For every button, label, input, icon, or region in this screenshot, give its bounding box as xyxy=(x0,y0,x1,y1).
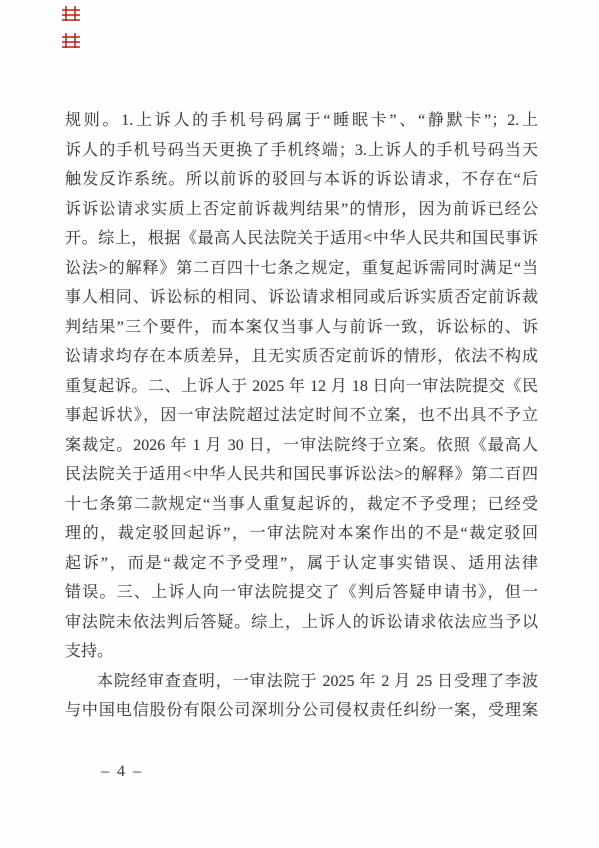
text-line: 本院经审查查明，一审法院于 2025 年 2 月 25 日受理了李波 xyxy=(65,667,538,697)
red-stamp-artifact-top xyxy=(62,6,80,21)
text-line: 与中国电信股份有限公司深圳分公司侵权责任纠纷一案，受理案 xyxy=(65,696,538,726)
text-line: 讼法>的解释》第二百四十七条之规定，重复起诉需同时满足“当 xyxy=(65,254,538,284)
text-line: 民法院关于适用<中华人民共和国民事诉讼法>的解释》第二百四 xyxy=(65,460,538,490)
text-line: 支持。 xyxy=(65,637,538,667)
document-page: 规则。1.上诉人的手机号码属于“睡眠卡”、“静默卡”；2.上诉人的手机号码当天更… xyxy=(0,0,599,848)
red-stamp-strokes xyxy=(62,33,80,48)
red-stamp-artifact-bottom xyxy=(62,33,80,48)
text-line: 诉人的手机号码当天更换了手机终端；3.上诉人的手机号码当天 xyxy=(65,136,538,166)
red-stamp-strokes xyxy=(62,6,80,21)
text-line: 理的，裁定驳回起诉”，一审法院对本案作出的不是“裁定驳回 xyxy=(65,519,538,549)
page-number: – 4 – xyxy=(101,763,143,781)
text-line: 案裁定。2026 年 1 月 30 日，一审法院终于立案。依照《最高人 xyxy=(65,431,538,461)
text-line: 事人相同、诉讼标的相同、诉讼请求相同或后诉实质否定前诉裁 xyxy=(65,283,538,313)
text-line: 起诉”，而是“裁定不予受理”，属于认定事实错误、适用法律 xyxy=(65,549,538,579)
text-line: 诉诉讼请求实质上否定前诉裁判结果”的情形，因为前诉已经公 xyxy=(65,195,538,225)
text-line: 错误。三、上诉人向一审法院提交了《判后答疑申请书》，但一 xyxy=(65,578,538,608)
text-line: 事起诉状》，因一审法院超过法定时间不立案，也不出具不予立 xyxy=(65,401,538,431)
text-line: 十七条第二款规定“当事人重复起诉的，裁定不予受理；已经受 xyxy=(65,490,538,520)
text-line: 讼请求均存在本质差异，且无实质否定前诉的情形，依法不构成 xyxy=(65,342,538,372)
text-line: 开。综上，根据《最高人民法院关于适用<中华人民共和国民事诉 xyxy=(65,224,538,254)
text-line: 判结果”三个要件，而本案仅当事人与前诉一致，诉讼标的、诉 xyxy=(65,313,538,343)
text-line: 触发反诈系统。所以前诉的驳回与本诉的诉讼请求，不存在“后 xyxy=(65,165,538,195)
text-line: 规则。1.上诉人的手机号码属于“睡眠卡”、“静默卡”；2.上 xyxy=(65,106,538,136)
body-text: 规则。1.上诉人的手机号码属于“睡眠卡”、“静默卡”；2.上诉人的手机号码当天更… xyxy=(65,106,538,726)
text-line: 重复起诉。二、上诉人于 2025 年 12 月 18 日向一审法院提交《民 xyxy=(65,372,538,402)
text-line: 审法院未依法判后答疑。综上，上诉人的诉讼请求依法应当予以 xyxy=(65,608,538,638)
